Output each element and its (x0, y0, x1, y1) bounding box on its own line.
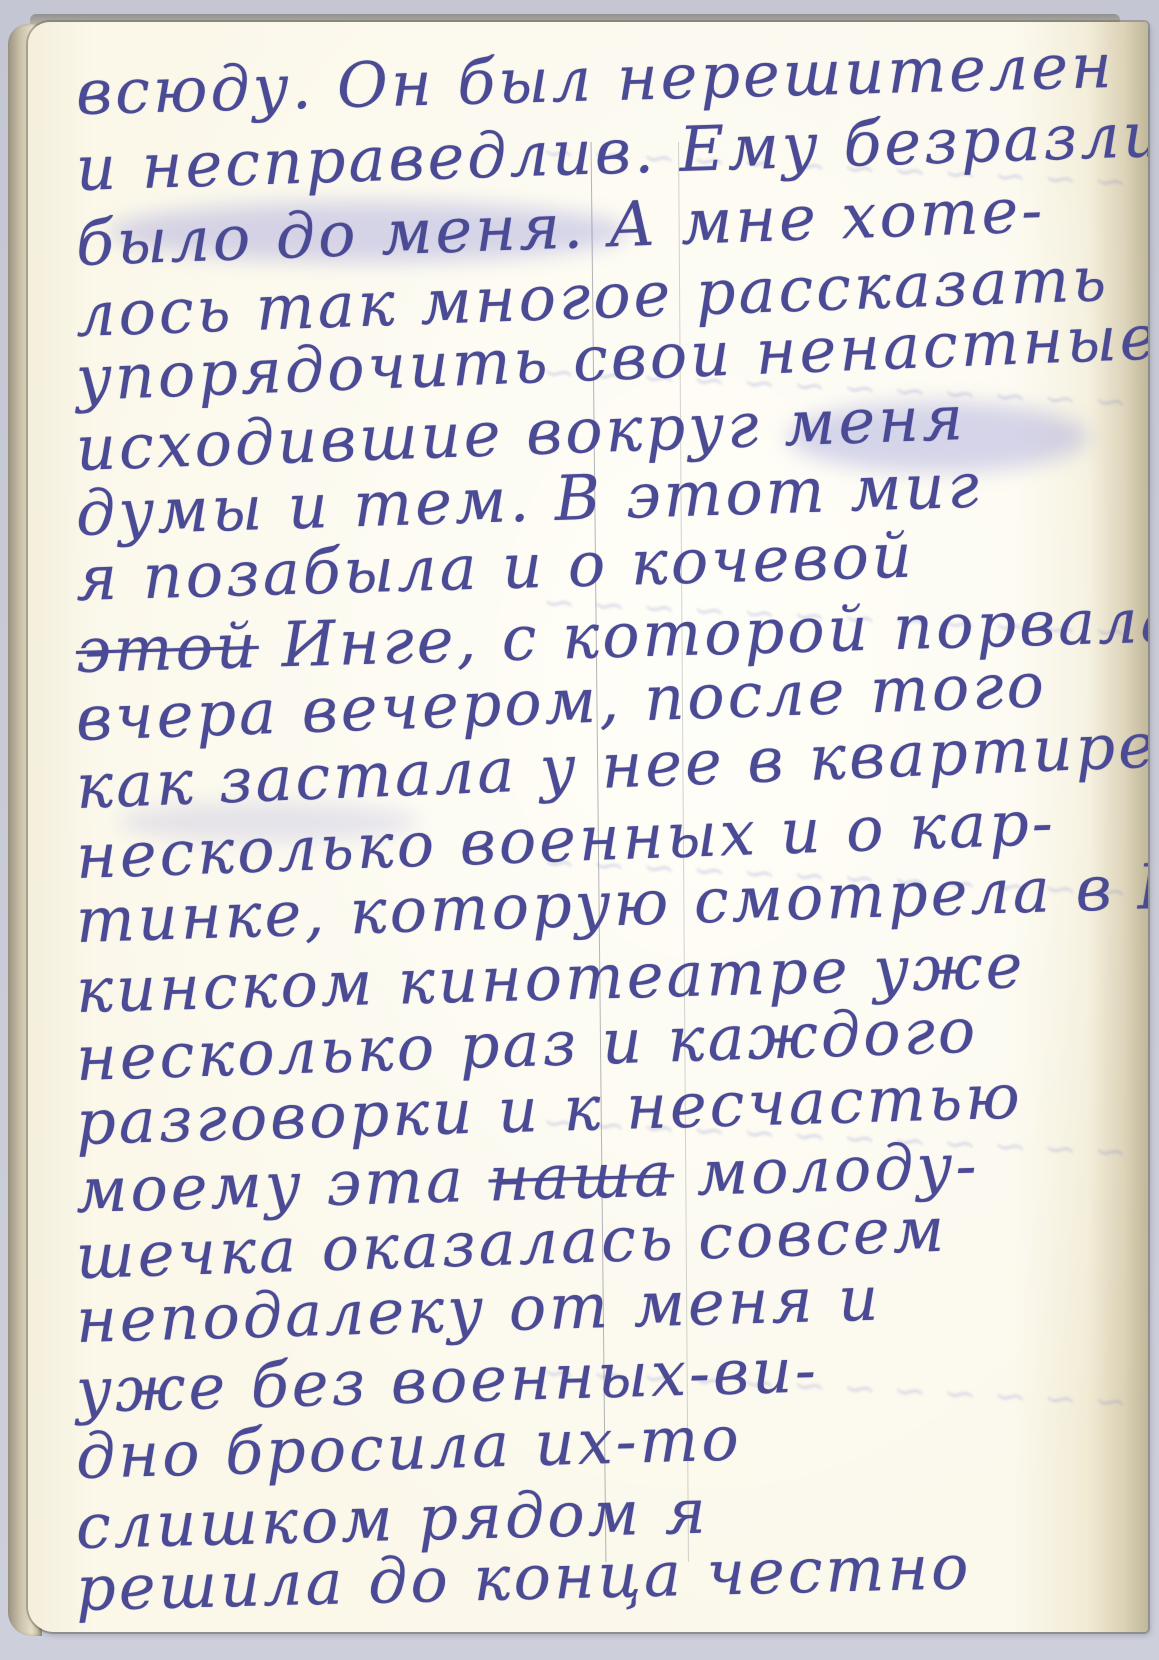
struck-out-word: этой (75, 609, 260, 687)
notebook-page: ~ ~ ~ ~ ~ ~ ~ ~ ~ ~ ~ ~ ~ ~ ~ ~ ~ ~ ~ ~ … (28, 22, 1148, 1632)
scanned-notebook-page: ~ ~ ~ ~ ~ ~ ~ ~ ~ ~ ~ ~ ~ ~ ~ ~ ~ ~ ~ ~ … (0, 0, 1159, 1660)
handwritten-text-block: всюду. Он был нерешителен и несправедлив… (28, 22, 1148, 1632)
